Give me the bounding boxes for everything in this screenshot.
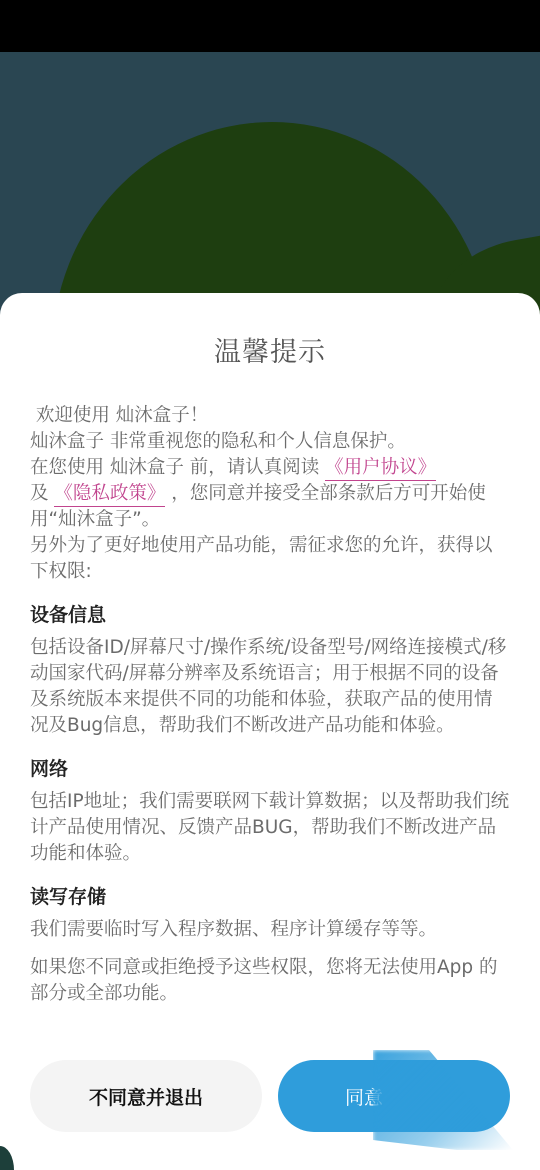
- section-title: 读写存储: [30, 881, 510, 913]
- privacy-statement-line: 灿沐盒子 非常重视您的隐私和个人信息保护。: [30, 429, 510, 455]
- screenshot-artifact: [373, 1050, 513, 1150]
- section-body: 包括IP地址；我们需要联网下载计算数据；以及帮助我们统计产品使用情况、反馈产品B…: [30, 789, 510, 867]
- status-bar: [0, 0, 540, 52]
- agree-button[interactable]: 同意: [278, 1060, 510, 1132]
- section-title: 设备信息: [30, 599, 510, 631]
- section-title: 网络: [30, 753, 510, 785]
- permission-denial-note: 如果您不同意或拒绝授予这些权限，您将无法使用App 的部分或全部功能。: [30, 955, 510, 1007]
- privacy-policy-line: 及 《隐私政策》 ，您同意并接受全部条款后方可开始使用“灿沐盒子”。: [30, 481, 510, 533]
- corner-artifact: [0, 1146, 14, 1170]
- dialog-title: 温馨提示: [30, 333, 510, 373]
- privacy-prefix: 及: [30, 483, 54, 504]
- section-device-info: 设备信息 包括设备ID/屏幕尺寸/操作系统/设备型号/网络连接模式/移动国家代码…: [30, 599, 510, 739]
- agreement-prefix: 在您使用 灿沐盒子 前，请认真阅读: [30, 457, 325, 478]
- dialog-content: 欢迎使用 灿沐盒子！ 灿沐盒子 非常重视您的隐私和个人信息保护。 在您使用 灿沐…: [30, 403, 510, 1007]
- user-agreement-link[interactable]: 《用户协议》: [325, 457, 436, 481]
- section-network: 网络 包括IP地址；我们需要联网下载计算数据；以及帮助我们统计产品使用情况、反馈…: [30, 753, 510, 867]
- section-body: 包括设备ID/屏幕尺寸/操作系统/设备型号/网络连接模式/移动国家代码/屏幕分辨…: [30, 635, 510, 739]
- intro-text: 欢迎使用 灿沐盒子！ 灿沐盒子 非常重视您的隐私和个人信息保护。 在您使用 灿沐…: [30, 403, 510, 585]
- privacy-dialog: 温馨提示 欢迎使用 灿沐盒子！ 灿沐盒子 非常重视您的隐私和个人信息保护。 在您…: [0, 293, 540, 1170]
- agreement-line: 在您使用 灿沐盒子 前，请认真阅读 《用户协议》: [30, 455, 510, 481]
- decline-and-exit-button[interactable]: 不同意并退出: [30, 1060, 262, 1132]
- welcome-line: 欢迎使用 灿沐盒子！: [30, 403, 510, 429]
- section-body: 我们需要临时写入程序数据、程序计算缓存等等。: [30, 917, 510, 943]
- section-storage: 读写存储 我们需要临时写入程序数据、程序计算缓存等等。: [30, 881, 510, 943]
- dialog-actions: 不同意并退出 同意: [30, 1060, 540, 1132]
- permissions-request-line: 另外为了更好地使用产品功能，需征求您的允许，获得以下权限:: [30, 533, 510, 585]
- privacy-policy-link[interactable]: 《隐私政策》: [54, 483, 165, 507]
